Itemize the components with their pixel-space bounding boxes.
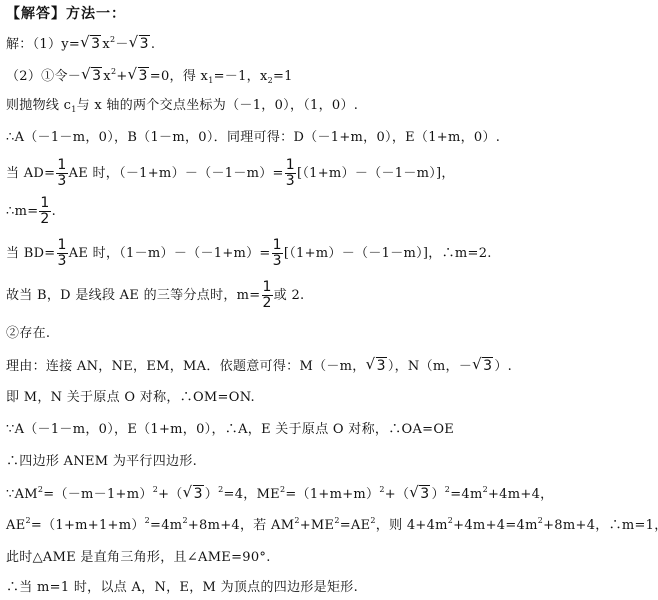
line-case-ad: 当 AD=13AE 时，（－1+m）－（－1－m）=13[（1+m）－（－1－m… xyxy=(6,158,455,188)
sqrt-symbol: 3 xyxy=(81,32,101,56)
line-symmetric-ae: ∵A（－1－m，0），E（1+m，0），∴A，E 关于原点 O 对称，∴OA=O… xyxy=(6,418,454,442)
line-final-conclusion: ∴当 m=1 时，以点 A，N，E，M 为顶点的四边形是矩形. xyxy=(6,576,358,600)
line-intersections: 则抛物线 c1与 x 轴的两个交点坐标为（－1，0），（1，0）. xyxy=(6,94,358,118)
line-right-triangle: 此时△AME 是直角三角形，且∠AME=90°. xyxy=(6,546,271,570)
line-ae: AE2=（1+m+1+m）2=4m2+8m+4，若 AM2+ME2=AE2，则 … xyxy=(6,514,658,538)
line-m-half: ∴m=12. xyxy=(6,196,56,226)
line-points: ∴A（－1－m，0），B（1－m，0）．同理可得：D（－1+m，0），E（1+m… xyxy=(6,126,500,150)
line-conclusion-1: 故当 B，D 是线段 AE 的三等分点时，m=12或 2. xyxy=(6,280,304,310)
line-exists: ②存在. xyxy=(6,322,50,346)
line-part1: 解：（1）y=3x2－3. xyxy=(6,32,155,56)
line-part2-roots: （2）①令－3x2+3=0，得 x1=－1，x2=1 xyxy=(6,64,293,88)
line-am-me: ∵AM2=（－m－1+m）2+（3）2=4，ME2=（1+m+m）2+（3）2=… xyxy=(6,482,553,506)
line-parallelogram: ∴四边形 ANEM 为平行四边形. xyxy=(6,450,197,474)
solution-document: 【解答】方法一： 解：（1）y=3x2－3. （2）①令－3x2+3=0，得 x… xyxy=(0,0,658,600)
line-case-bd: 当 BD=13AE 时，（1－m）－（－1+m）=13[（1+m）－（－1－m）… xyxy=(6,238,492,268)
line-symmetric-mn: 即 M，N 关于原点 O 对称，∴OM=ON. xyxy=(6,386,255,410)
line-reason: 理由：连接 AN，NE，EM，MA．依题意可得：M（－m，3），N（m，－3）. xyxy=(6,354,512,378)
sqrt-symbol: 3 xyxy=(130,32,150,56)
solution-heading: 【解答】方法一： xyxy=(6,2,126,26)
